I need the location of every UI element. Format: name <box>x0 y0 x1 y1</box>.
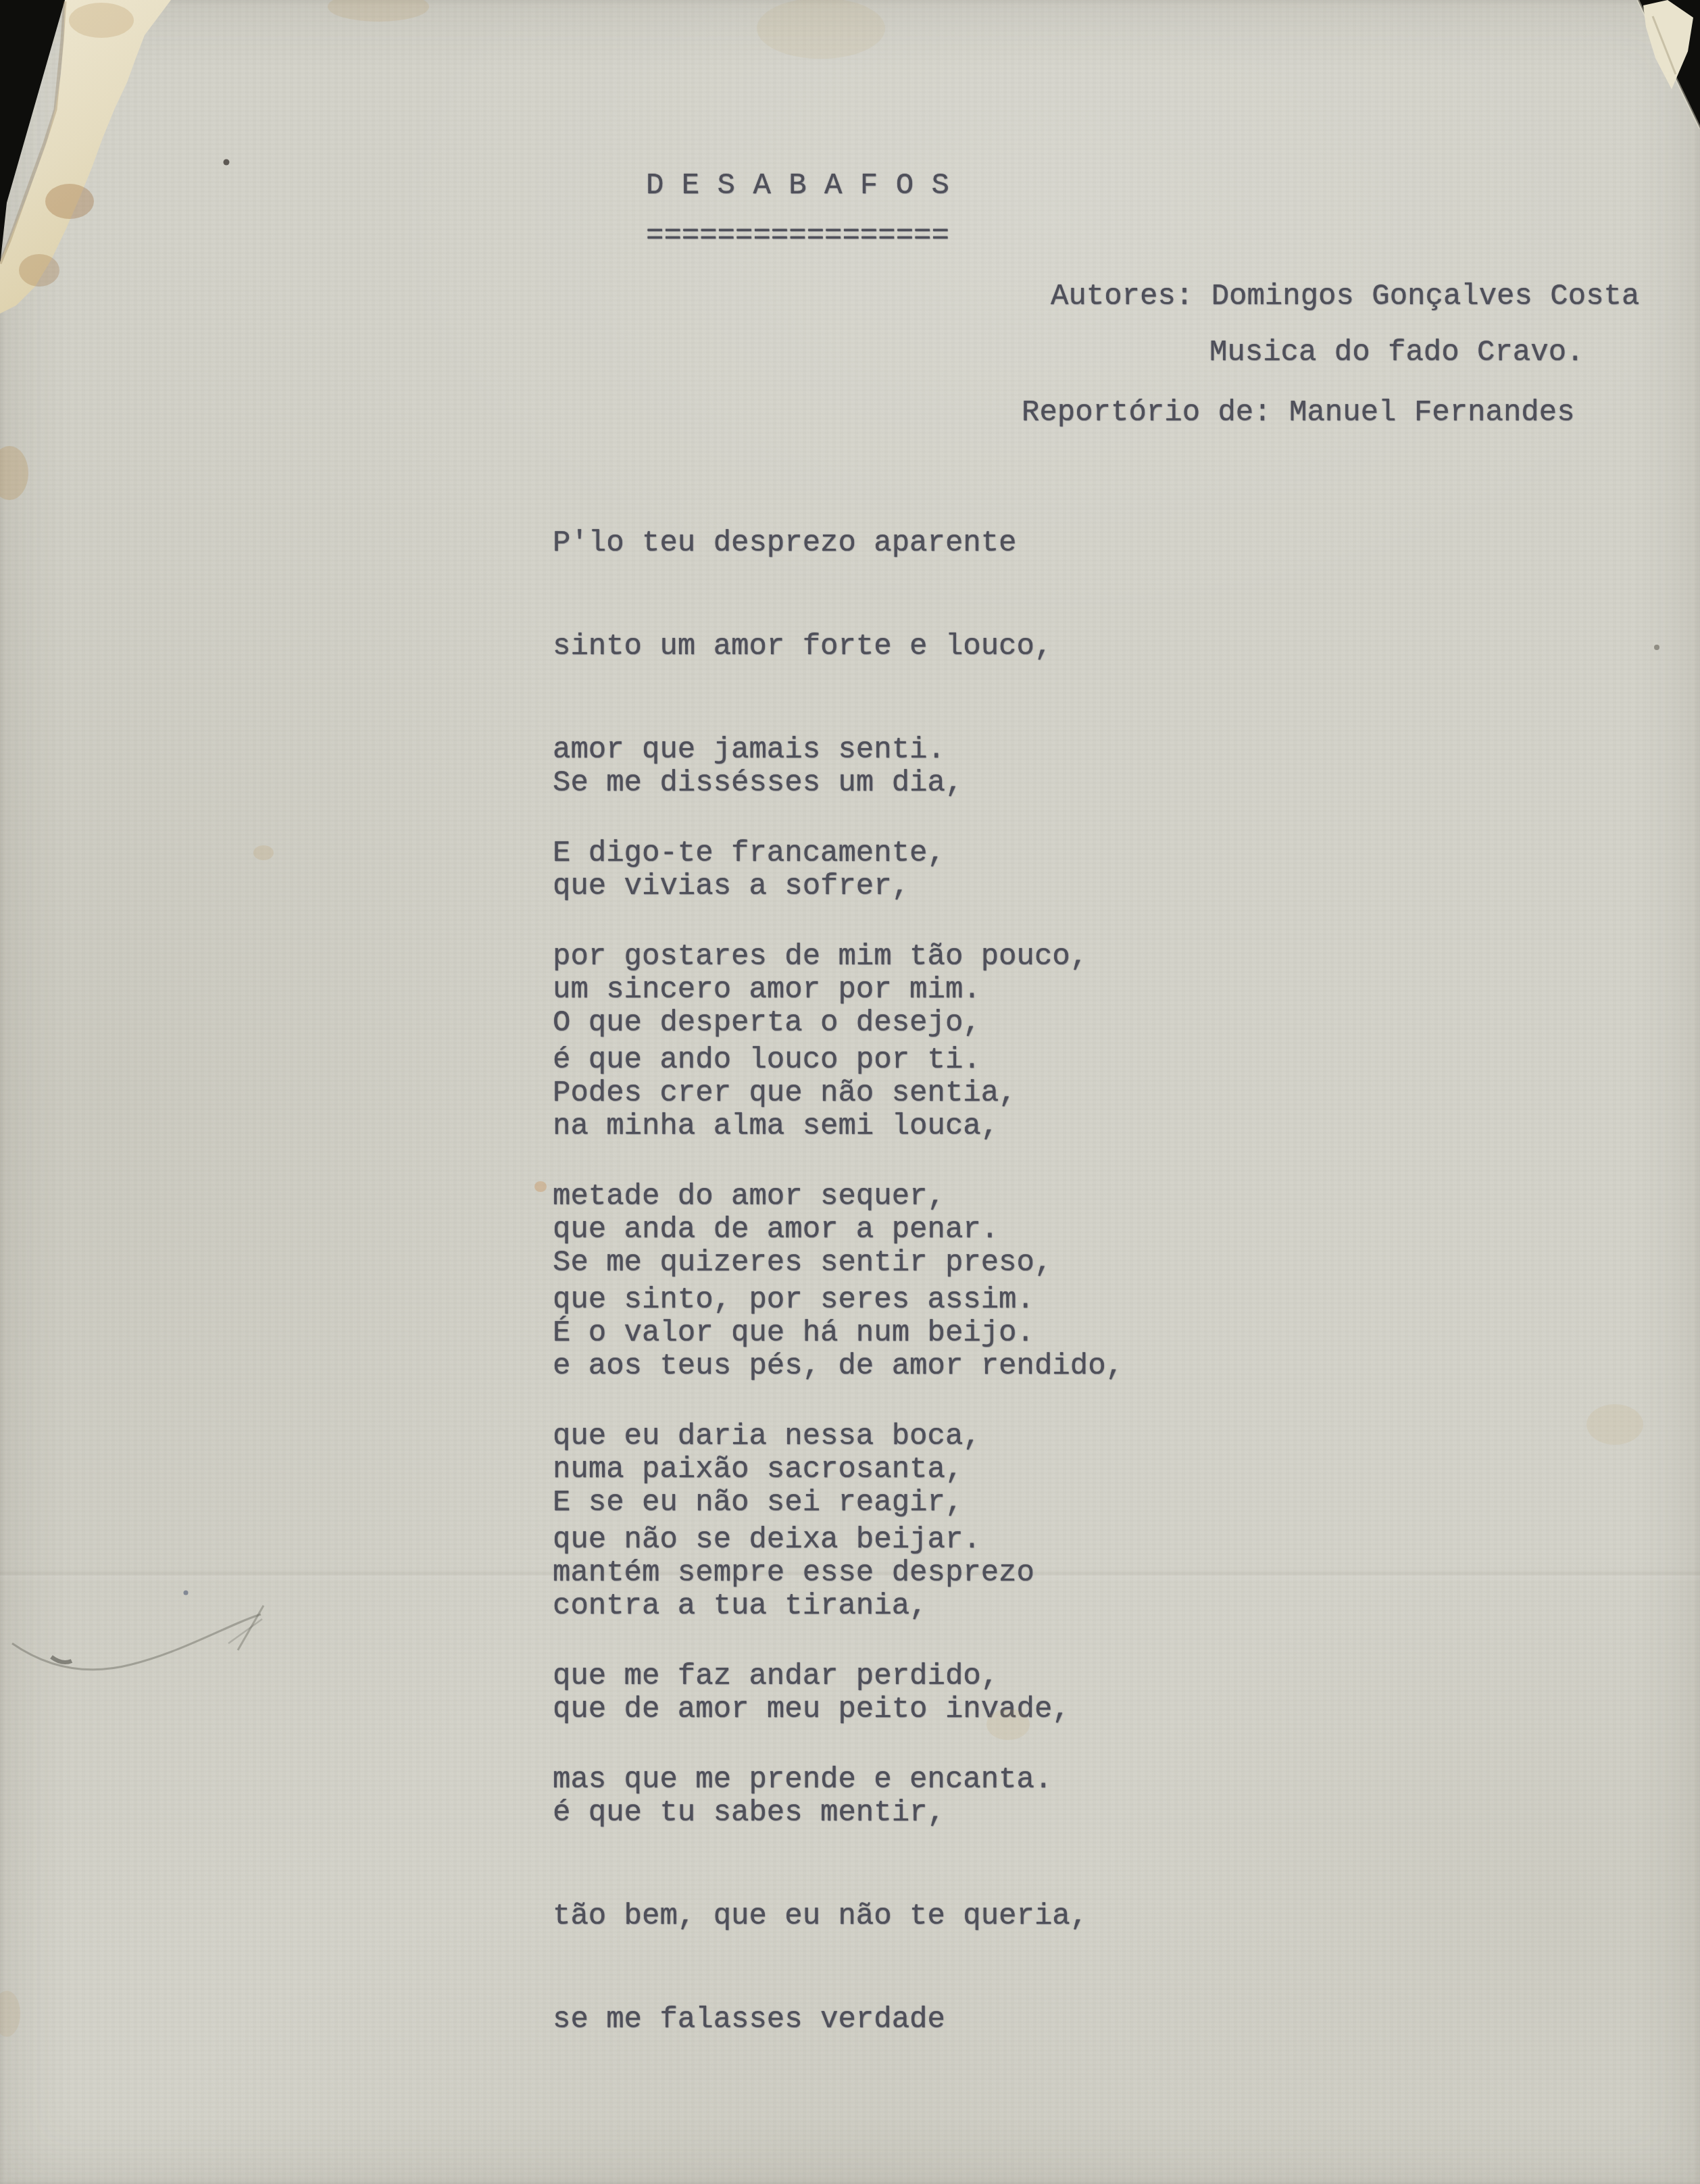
scanned-document: D E S A B A F O S ================= Auto… <box>0 0 1700 2184</box>
poem-line: O que desperta o desejo, <box>553 1006 1034 1041</box>
stanza-5: E se eu não sei reagir, contra a tua tir… <box>553 1417 1088 2106</box>
poem-line: contra a tua tirania, <box>553 1589 1088 1624</box>
poem-line: Se me dissésses um dia, <box>553 766 1034 801</box>
poem-line: sinto um amor forte e louco, <box>553 630 1088 664</box>
poem-line: que vivias a sofrer, <box>553 870 1034 904</box>
poem-line: que de amor meu peito invade, <box>553 1693 1088 1727</box>
poem-line: na minha alma semi louca, <box>553 1110 1034 1144</box>
page-title: D E S A B A F O S <box>646 169 949 203</box>
poem-line: P'lo teu desprezo aparente <box>553 526 1088 561</box>
poem-line: Se me quizeres sentir preso, <box>553 1246 1124 1281</box>
poem-line: se me falasses verdade <box>553 2003 1088 2037</box>
poem-line: é que tu sabes mentir, <box>553 1796 1088 1831</box>
poem-line: e aos teus pés, de amor rendido, <box>553 1349 1124 1384</box>
credit-music: Musica do fado Cravo. <box>1209 336 1584 370</box>
poem-line: tão bem, que eu não te queria, <box>553 1900 1088 1934</box>
credit-repertoire: Reportório de: Manuel Fernandes <box>1022 396 1575 430</box>
credit-authors: Autores: Domingos Gonçalves Costa <box>1051 280 1639 314</box>
title-underline: ================= <box>646 220 949 254</box>
poem-line: E se eu não sei reagir, <box>553 1486 1088 1520</box>
